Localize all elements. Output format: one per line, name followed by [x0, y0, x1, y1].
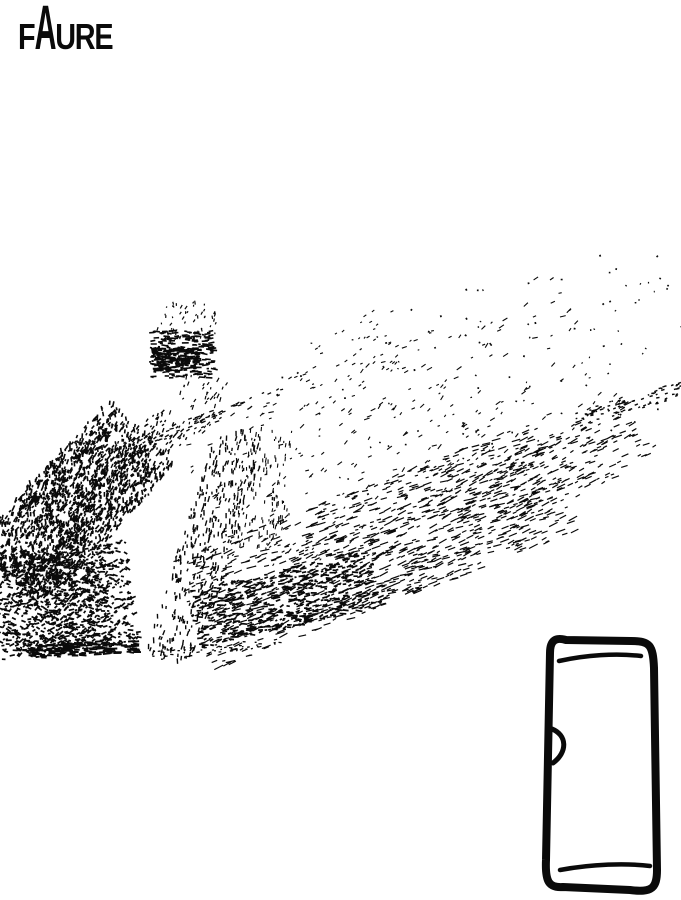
fridge-handle-dot [547, 773, 548, 774]
cover-illustration [0, 0, 681, 900]
sketch-patch-scatter-mid [282, 255, 658, 495]
sketch-patch-column-dots [231, 427, 292, 550]
sketch-patch-neck-arc [139, 389, 283, 447]
fridge-outline [546, 639, 657, 891]
fridge-top-inner-line [559, 655, 641, 661]
sketch-patch-center-wedge [190, 552, 386, 647]
sketch-patch-hook [99, 410, 187, 486]
fridge-bottom-inner-line [560, 864, 650, 870]
sketch-patch-lower-streak [22, 641, 141, 658]
sketch-patch-upper-left-hatch [288, 310, 405, 408]
sketch-patch-neck-trail [169, 375, 227, 434]
sketch-patch-scatter-high [478, 256, 681, 402]
sketch-patch-bottom-arc [152, 642, 281, 660]
fridge-door-handle [552, 729, 564, 763]
fridge-drawing [546, 639, 657, 891]
sketch-layer [0, 255, 681, 670]
manual-cover-page: FAURE [0, 0, 681, 900]
